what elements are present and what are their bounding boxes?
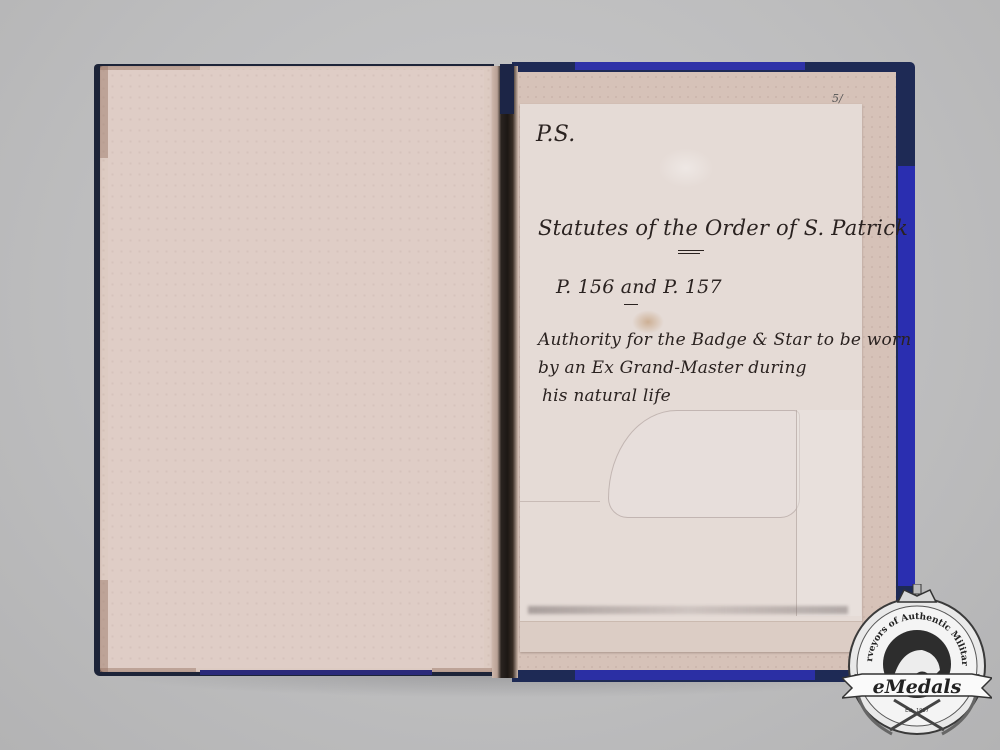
underline: [678, 250, 704, 251]
underline: [624, 304, 638, 305]
note-line: by an Ex Grand-Master during: [538, 358, 807, 378]
corner-wear: [100, 580, 108, 672]
note-pages: P. 156 and P. 157: [556, 276, 722, 298]
soiling-line: [528, 606, 848, 614]
emedals-logo-icon: eMedals Est. 1997 Purveyors of Authentic…: [842, 584, 992, 746]
svg-text:eMedals: eMedals: [873, 676, 962, 698]
corner-wear: [100, 668, 196, 672]
corner-wear: [100, 66, 108, 158]
handwritten-note: P.S. Statutes of the Order of S. Patrick…: [520, 104, 862, 652]
underline: [678, 253, 700, 254]
note-initials: P.S.: [536, 122, 575, 147]
corner-wear: [432, 668, 492, 672]
book-spine: [492, 66, 518, 678]
fold-line: [520, 501, 600, 502]
emedals-watermark: eMedals Est. 1997 Purveyors of Authentic…: [842, 584, 992, 746]
cover-edge-blue: [200, 670, 432, 675]
cover-edge-blue: [575, 62, 805, 70]
svg-text:Est. 1997: Est. 1997: [905, 708, 929, 714]
spine-headcap: [500, 64, 514, 114]
left-blank-page: [108, 70, 484, 668]
note-line: his natural life: [542, 386, 671, 406]
note-bottom-strip: [520, 621, 862, 652]
envelope-flap: [608, 410, 800, 518]
note-line: Authority for the Badge & Star to be wor…: [538, 330, 911, 350]
embossed-crest-icon: [658, 148, 714, 188]
note-title: Statutes of the Order of S. Patrick: [538, 216, 908, 240]
